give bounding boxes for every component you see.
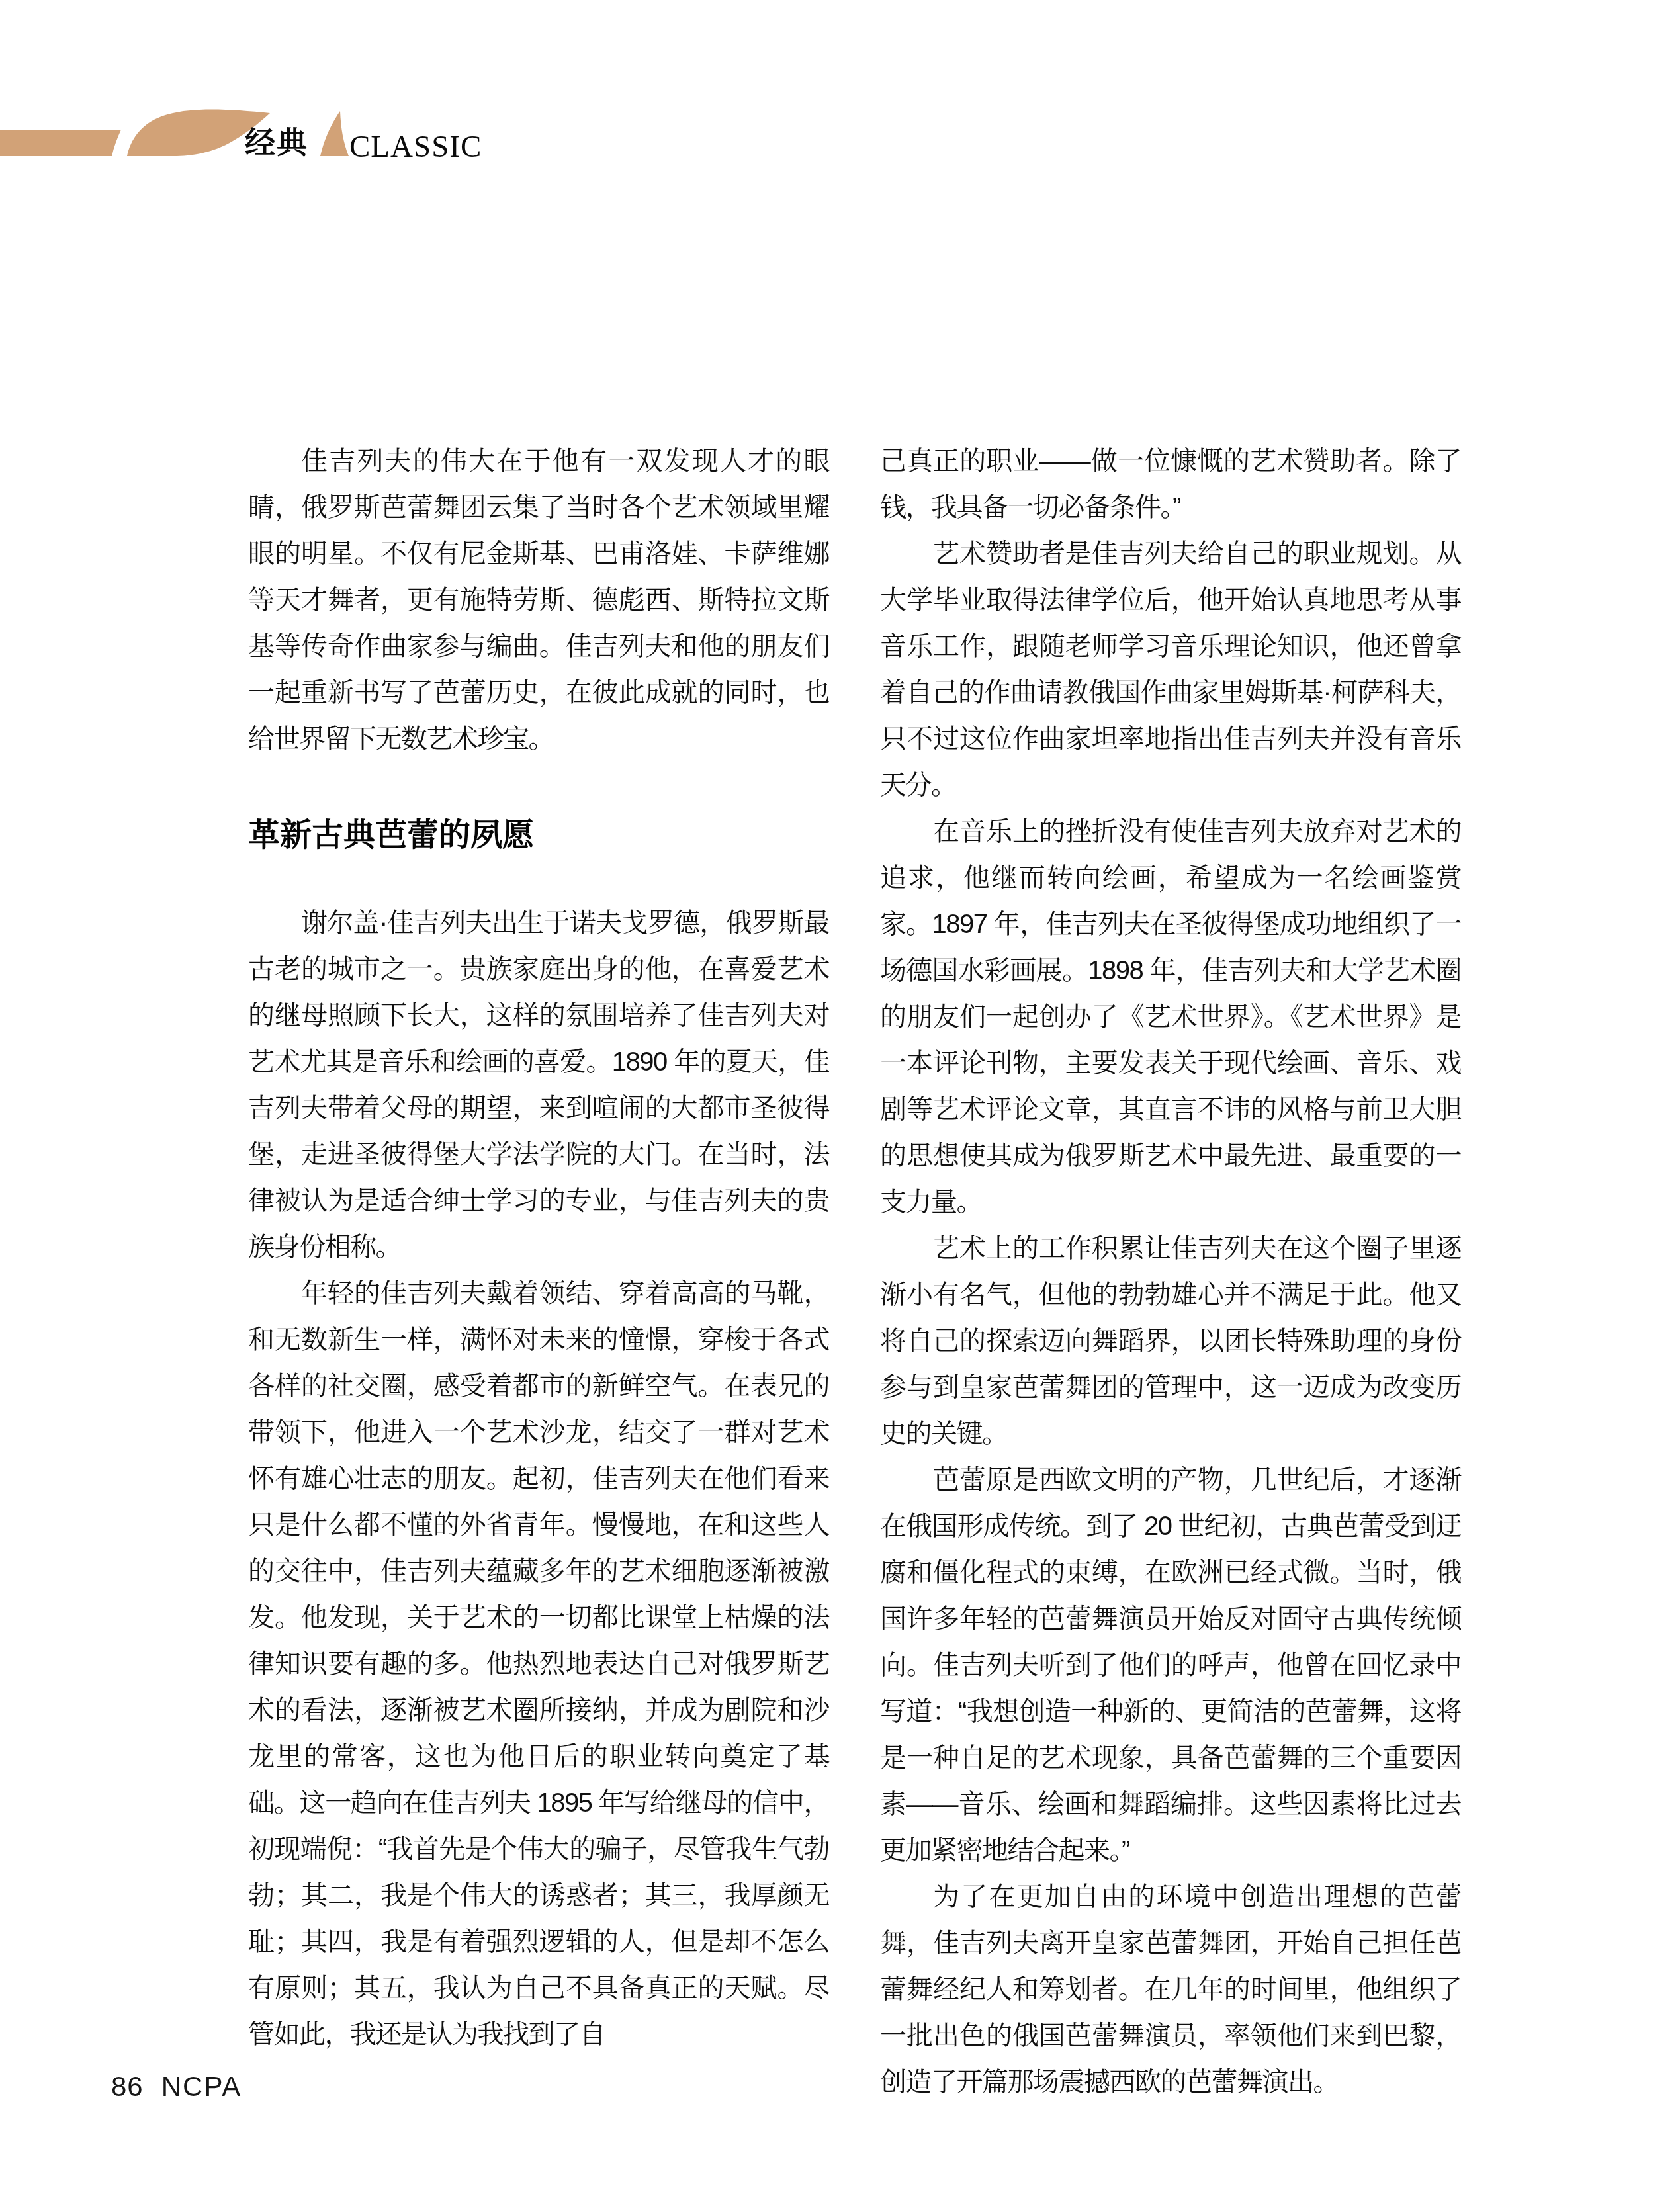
article-column-right: 己真正的职业——做一位慷慨的艺术赞助者。除了钱，我具备一切必备条件。”艺术赞助者… [880, 438, 1461, 2105]
paragraph: 在音乐上的挫折没有使佳吉列夫放弃对艺术的追求，他继而转向绘画，希望成为一名绘画鉴… [880, 809, 1461, 1225]
paragraph: 为了在更加自由的环境中创造出理想的芭蕾舞，佳吉列夫离开皇家芭蕾舞团，开始自己担任… [880, 1874, 1461, 2105]
journal-logo: NCPA [161, 2071, 242, 2102]
paragraph: 艺术赞助者是佳吉列夫给自己的职业规划。从大学毕业取得法律学位后，他开始认真地思考… [880, 531, 1461, 809]
paragraph: 年轻的佳吉列夫戴着领结、穿着高高的马靴，和无数新生一样，满怀对未来的憧憬，穿梭于… [248, 1270, 829, 2058]
paragraph: 芭蕾原是西欧文明的产物，几世纪后，才逐渐在俄国形成传统。到了 20 世纪初，古典… [880, 1457, 1461, 1874]
page-footer: 86NCPA [111, 2072, 242, 2101]
page-number: 86 [111, 2071, 144, 2102]
paragraph: 艺术上的工作积累让佳吉列夫在这个圈子里逐渐小有名气，但他的勃勃雄心并不满足于此。… [880, 1225, 1461, 1457]
article-column-left: 佳吉列夫的伟大在于他有一双发现人才的眼睛，俄罗斯芭蕾舞团云集了当时各个艺术领域里… [248, 438, 829, 2058]
header-bar-shape [0, 130, 121, 156]
paragraph: 谢尔盖·佳吉列夫出生于诺夫戈罗德，俄罗斯最古老的城市之一。贵族家庭出身的他，在喜… [248, 900, 829, 1270]
section-title-en: CLASSIC [349, 132, 482, 163]
section-title-cn: 经典 [245, 126, 308, 158]
header-sail-shape [320, 111, 349, 156]
paragraph: 己真正的职业——做一位慷慨的艺术赞助者。除了钱，我具备一切必备条件。” [880, 438, 1461, 531]
section-heading: 革新古典芭蕾的夙愿 [248, 812, 829, 859]
magazine-page: 经典 CLASSIC 佳吉列夫的伟大在于他有一双发现人才的眼睛，俄罗斯芭蕾舞团云… [0, 0, 1680, 2188]
paragraph: 佳吉列夫的伟大在于他有一双发现人才的眼睛，俄罗斯芭蕾舞团云集了当时各个艺术领域里… [248, 438, 829, 762]
